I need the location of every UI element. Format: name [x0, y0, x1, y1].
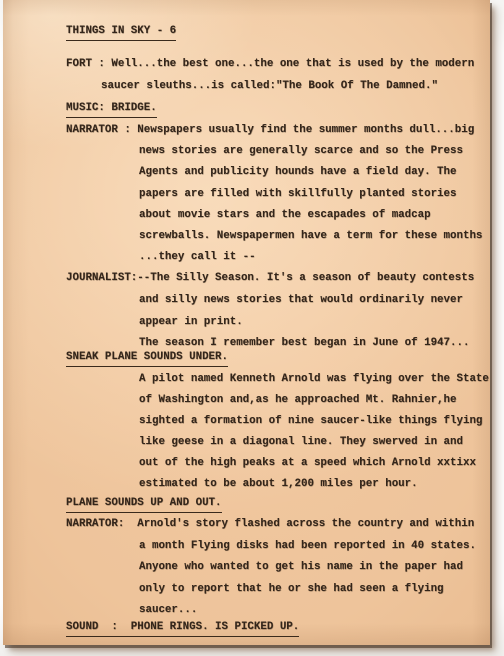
script-line: FORT : Well...the best one...the one tha…	[66, 57, 474, 72]
script-line: saucer sleuths...is called:"The Book Of …	[101, 79, 438, 94]
script-line: A pilot named Kenneth Arnold was flying …	[139, 372, 489, 387]
script-cue-line: MUSIC: BRIDGE.	[66, 101, 157, 118]
script-line: a month Flying disks had been reported i…	[139, 539, 476, 554]
script-line: and silly news stories that would ordina…	[139, 293, 463, 308]
script-line: JOURNALIST:--The Silly Season. It's a se…	[66, 271, 474, 286]
script-page: THINGS IN SKY - 6FORT : Well...the best …	[3, 0, 490, 645]
script-line: NARRATOR: Arnold's story flashed across …	[66, 517, 474, 532]
script-cue-line: SNEAK PLANE SOUNDS UNDER.	[66, 350, 228, 367]
script-line: sighted a formation of nine saucer-like …	[139, 414, 482, 429]
script-line: like geese in a diagonal line. They swer…	[139, 435, 463, 450]
script-line: NARRATOR : Newspapers usually find the s…	[66, 123, 474, 138]
script-line: appear in print.	[139, 315, 243, 330]
script-cue-line: SOUND : PHONE RINGS. IS PICKED UP.	[66, 620, 299, 637]
script-line: of Washington and,as he approached Mt. R…	[139, 393, 456, 408]
script-cue-line: PLANE SOUNDS UP AND OUT.	[66, 496, 222, 513]
script-line: screwballs. Newspapermen have a term for…	[139, 229, 482, 244]
script-line: only to report that he or she had seen a…	[139, 582, 444, 597]
script-line: about movie stars and the escapades of m…	[139, 208, 431, 223]
script-line: papers are filled with skillfully plante…	[139, 187, 456, 202]
script-line: Agents and publicity hounds have a field…	[139, 165, 456, 180]
script-line: out of the high peaks at a speed which A…	[139, 456, 476, 471]
script-line: The season I remember best began in June…	[139, 336, 469, 351]
script-line: saucer...	[139, 603, 197, 618]
script-line: news stories are generally scarce and so…	[139, 144, 463, 159]
script-line: ...they call it --	[139, 250, 256, 265]
script-line: Anyone who wanted to get his name in the…	[139, 560, 463, 575]
script-cue-line: THINGS IN SKY - 6	[66, 24, 176, 41]
script-line: estimated to be about 1,200 miles per ho…	[139, 477, 418, 492]
scan-background: THINGS IN SKY - 6FORT : Well...the best …	[0, 0, 504, 656]
